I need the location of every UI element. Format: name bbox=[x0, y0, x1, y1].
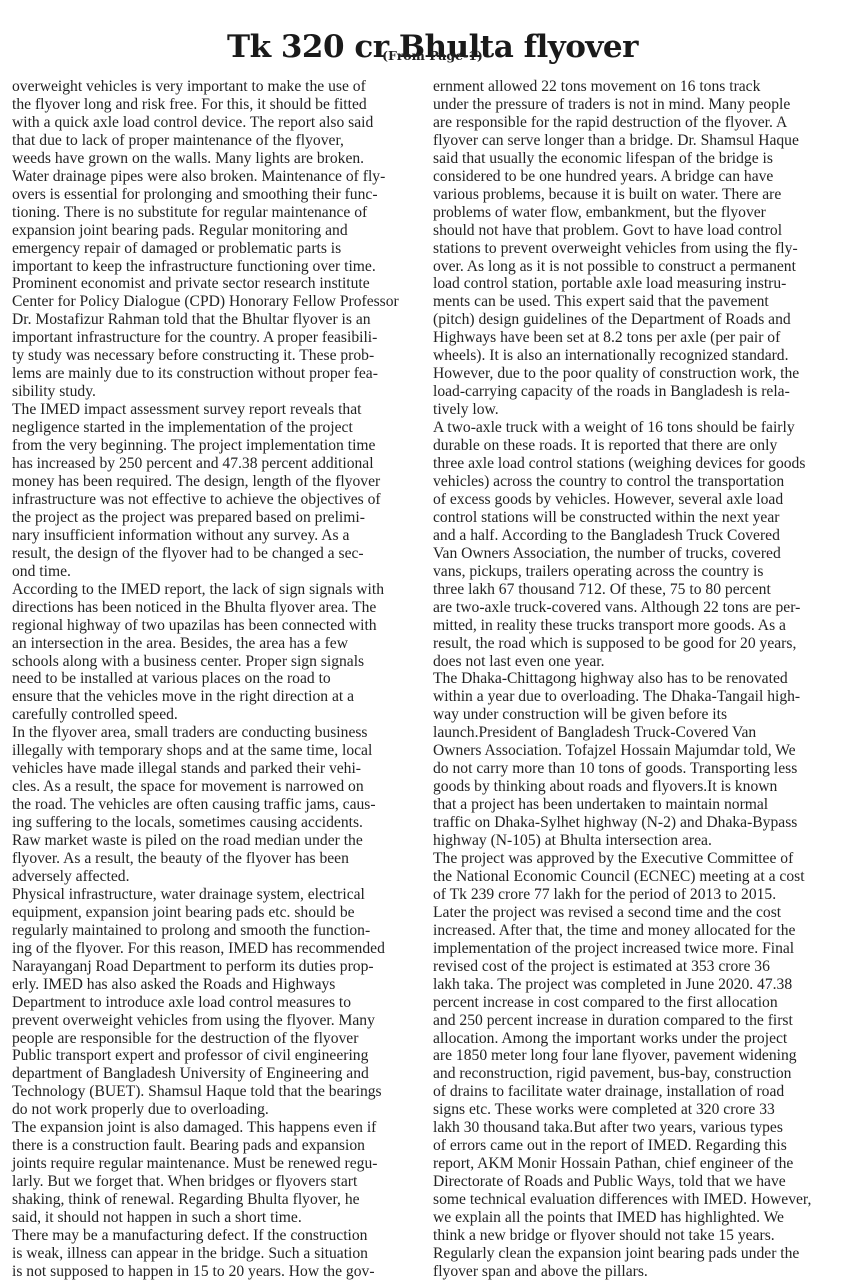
text-line: emergency repair of damaged or problemat… bbox=[12, 240, 422, 258]
text-line: way under construction will be given bef… bbox=[433, 706, 838, 724]
text-line: the National Economic Council (ECNEC) me… bbox=[433, 868, 838, 886]
text-line: In the flyover area, small traders are c… bbox=[12, 724, 422, 742]
text-line: do not work properly due to overloading. bbox=[12, 1101, 422, 1119]
text-line: load-carrying capacity of the roads in B… bbox=[433, 383, 838, 401]
text-line: carefully controlled speed. bbox=[12, 706, 422, 724]
text-line: adversely affected. bbox=[12, 868, 422, 886]
text-line: highway (N-105) at Bhulta intersection a… bbox=[433, 832, 838, 850]
text-line: expansion joint bearing pads. Regular mo… bbox=[12, 222, 422, 240]
text-line: said that usually the economic lifespan … bbox=[433, 150, 838, 168]
text-line: think a new bridge or flyover should not… bbox=[433, 1227, 838, 1245]
text-line: increased. After that, the time and mone… bbox=[433, 922, 838, 940]
text-line: stations to prevent overweight vehicles … bbox=[433, 240, 838, 258]
text-line: Narayanganj Road Department to perform i… bbox=[12, 958, 422, 976]
text-line: infrastructure was not effective to achi… bbox=[12, 491, 422, 509]
text-line: ing suffering to the locals, sometimes c… bbox=[12, 814, 422, 832]
text-line: flyover can serve longer than a bridge. … bbox=[433, 132, 838, 150]
text-line: Owners Association. Tofajzel Hossain Maj… bbox=[433, 742, 838, 760]
text-line: we explain all the points that IMED has … bbox=[433, 1209, 838, 1227]
article-paragraph: overweight vehicles is very important to… bbox=[12, 78, 422, 401]
text-line: and reconstruction, rigid pavement, bus-… bbox=[433, 1065, 838, 1083]
continuation-label: (From Page-1) bbox=[0, 47, 865, 65]
text-line: Physical infrastructure, water drainage … bbox=[12, 886, 422, 904]
text-line: are responsible for the rapid destructio… bbox=[433, 114, 838, 132]
text-line: ing of the flyover. For this reason, IME… bbox=[12, 940, 422, 958]
text-line: that a project has been undertaken to ma… bbox=[433, 796, 838, 814]
article-paragraph: The expansion joint is also damaged. Thi… bbox=[12, 1119, 422, 1227]
text-line: There may be a manufacturing defect. If … bbox=[12, 1227, 422, 1245]
text-line: Raw market waste is piled on the road me… bbox=[12, 832, 422, 850]
text-line: of excess goods by vehicles. However, se… bbox=[433, 491, 838, 509]
text-line: within a year due to overloading. The Dh… bbox=[433, 688, 838, 706]
text-line: (pitch) design guidelines of the Departm… bbox=[433, 311, 838, 329]
text-line: allocation. Among the important works un… bbox=[433, 1030, 838, 1048]
text-line: A two-axle truck with a weight of 16 ton… bbox=[433, 419, 838, 437]
text-line: three lakh 67 thousand 712. Of these, 75… bbox=[433, 581, 838, 599]
text-line: implementation of the project increased … bbox=[433, 940, 838, 958]
text-line: Dr. Mostafizur Rahman told that the Bhul… bbox=[12, 311, 422, 329]
text-line: traffic on Dhaka-Sylhet highway (N-2) an… bbox=[433, 814, 838, 832]
text-line: load control station, portable axle load… bbox=[433, 275, 838, 293]
text-line: Center for Policy Dialogue (CPD) Honorar… bbox=[12, 293, 422, 311]
text-line: money has been required. The design, len… bbox=[12, 473, 422, 491]
article-paragraph: The project was approved by the Executiv… bbox=[433, 850, 838, 1281]
text-line: goods by thinking about roads and flyove… bbox=[433, 778, 838, 796]
text-line: and 250 percent increase in duration com… bbox=[433, 1012, 838, 1030]
text-line: According to the IMED report, the lack o… bbox=[12, 581, 422, 599]
text-line: result, the road which is supposed to be… bbox=[433, 635, 838, 653]
text-line: vans, pickups, trailers operating across… bbox=[433, 563, 838, 581]
article-paragraph: The Dhaka-Chittagong highway also has to… bbox=[433, 670, 838, 850]
text-line: important to keep the infrastructure fun… bbox=[12, 258, 422, 276]
text-line: tively low. bbox=[433, 401, 838, 419]
text-line: problems of water flow, embankment, but … bbox=[433, 204, 838, 222]
text-line: launch.President of Bangladesh Truck-Cov… bbox=[433, 724, 838, 742]
text-line: from the very beginning. The project imp… bbox=[12, 437, 422, 455]
text-line: prevent overweight vehicles from using t… bbox=[12, 1012, 422, 1030]
text-line: equipment, expansion joint bearing pads … bbox=[12, 904, 422, 922]
text-line: ments can be used. This expert said that… bbox=[433, 293, 838, 311]
text-line: revised cost of the project is estimated… bbox=[433, 958, 838, 976]
text-line: vehicles have made illegal stands and pa… bbox=[12, 760, 422, 778]
text-line: people are responsible for the destructi… bbox=[12, 1030, 422, 1048]
text-line: important infrastructure for the country… bbox=[12, 329, 422, 347]
text-line: Prominent economist and private sector r… bbox=[12, 275, 422, 293]
text-line: various problems, because it is built on… bbox=[433, 186, 838, 204]
text-line: lakh taka. The project was completed in … bbox=[433, 976, 838, 994]
text-line: However, due to the poor quality of cons… bbox=[433, 365, 838, 383]
text-line: are two-axle truck-covered vans. Althoug… bbox=[433, 599, 838, 617]
text-line: need to be installed at various places o… bbox=[12, 670, 422, 688]
text-line: Regularly clean the expansion joint bear… bbox=[433, 1245, 838, 1263]
text-line: cles. As a result, the space for movemen… bbox=[12, 778, 422, 796]
text-line: department of Bangladesh University of E… bbox=[12, 1065, 422, 1083]
text-line: ernment allowed 22 tons movement on 16 t… bbox=[433, 78, 838, 96]
article-column-left: overweight vehicles is very important to… bbox=[12, 78, 422, 1281]
text-line: tioning. There is no substitute for regu… bbox=[12, 204, 422, 222]
text-line: flyover. As a result, the beauty of the … bbox=[12, 850, 422, 868]
text-line: The expansion joint is also damaged. Thi… bbox=[12, 1119, 422, 1137]
text-line: lakh 30 thousand taka.But after two year… bbox=[433, 1119, 838, 1137]
article-paragraph: The IMED impact assessment survey report… bbox=[12, 401, 422, 581]
text-line: vehicles) across the country to control … bbox=[433, 473, 838, 491]
text-line: Highways have been set at 8.2 tons per a… bbox=[433, 329, 838, 347]
text-line: regional highway of two upazilas has bee… bbox=[12, 617, 422, 635]
text-line: and a half. According to the Bangladesh … bbox=[433, 527, 838, 545]
text-line: some technical evaluation differences wi… bbox=[433, 1191, 838, 1209]
text-line: that due to lack of proper maintenance o… bbox=[12, 132, 422, 150]
newspaper-page: Tk 320 cr Bhulta flyover (From Page-1) o… bbox=[0, 0, 865, 1283]
text-line: The project was approved by the Executiv… bbox=[433, 850, 838, 868]
text-line: Van Owners Association, the number of tr… bbox=[433, 545, 838, 563]
text-line: The IMED impact assessment survey report… bbox=[12, 401, 422, 419]
text-line: an intersection in the area. Besides, th… bbox=[12, 635, 422, 653]
text-line: has increased by 250 percent and 47.38 p… bbox=[12, 455, 422, 473]
text-line: of Tk 239 crore 77 lakh for the period o… bbox=[433, 886, 838, 904]
text-line: with a quick axle load control device. T… bbox=[12, 114, 422, 132]
text-line: of errors came out in the report of IMED… bbox=[433, 1137, 838, 1155]
text-line: lems are mainly due to its construction … bbox=[12, 365, 422, 383]
text-line: illegally with temporary shops and at th… bbox=[12, 742, 422, 760]
article-paragraph: Physical infrastructure, water drainage … bbox=[12, 886, 422, 1119]
text-line: under the pressure of traders is not in … bbox=[433, 96, 838, 114]
text-line: flyover span and above the pillars. bbox=[433, 1263, 838, 1281]
text-line: is weak, illness can appear in the bridg… bbox=[12, 1245, 422, 1263]
text-line: over. As long as it is not possible to c… bbox=[433, 258, 838, 276]
text-line: percent increase in cost compared to the… bbox=[433, 994, 838, 1012]
text-line: sibility study. bbox=[12, 383, 422, 401]
text-line: is not supposed to happen in 15 to 20 ye… bbox=[12, 1263, 422, 1281]
text-line: should not have that problem. Govt to ha… bbox=[433, 222, 838, 240]
text-line: wheels). It is also an internationally r… bbox=[433, 347, 838, 365]
article-paragraph: There may be a manufacturing defect. If … bbox=[12, 1227, 422, 1281]
text-line: Water drainage pipes were also broken. M… bbox=[12, 168, 422, 186]
text-line: durable on these roads. It is reported t… bbox=[433, 437, 838, 455]
text-line: ty study was necessary before constructi… bbox=[12, 347, 422, 365]
text-line: are 1850 meter long four lane flyover, p… bbox=[433, 1047, 838, 1065]
text-line: schools along with a business center. Pr… bbox=[12, 653, 422, 671]
text-line: directions has been noticed in the Bhult… bbox=[12, 599, 422, 617]
text-line: nary insufficient information without an… bbox=[12, 527, 422, 545]
text-line: do not carry more than 10 tons of goods.… bbox=[433, 760, 838, 778]
text-line: The Dhaka-Chittagong highway also has to… bbox=[433, 670, 838, 688]
text-line: negligence started in the implementation… bbox=[12, 419, 422, 437]
text-line: mitted, in reality these trucks transpor… bbox=[433, 617, 838, 635]
text-line: Later the project was revised a second t… bbox=[433, 904, 838, 922]
text-line: Department to introduce axle load contro… bbox=[12, 994, 422, 1012]
text-line: Technology (BUET). Shamsul Haque told th… bbox=[12, 1083, 422, 1101]
article-column-right: ernment allowed 22 tons movement on 16 t… bbox=[433, 78, 838, 1281]
article-paragraph: ernment allowed 22 tons movement on 16 t… bbox=[433, 78, 838, 419]
article-paragraph: In the flyover area, small traders are c… bbox=[12, 724, 422, 886]
text-line: shaking, think of renewal. Regarding Bhu… bbox=[12, 1191, 422, 1209]
text-line: larly. But we forget that. When bridges … bbox=[12, 1173, 422, 1191]
article-paragraph: According to the IMED report, the lack o… bbox=[12, 581, 422, 725]
text-line: weeds have grown on the walls. Many ligh… bbox=[12, 150, 422, 168]
text-line: the flyover long and risk free. For this… bbox=[12, 96, 422, 114]
text-line: erly. IMED has also asked the Roads and … bbox=[12, 976, 422, 994]
text-line: ond time. bbox=[12, 563, 422, 581]
text-line: Directorate of Roads and Public Ways, to… bbox=[433, 1173, 838, 1191]
text-line: the road. The vehicles are often causing… bbox=[12, 796, 422, 814]
text-line: considered to be one hundred years. A br… bbox=[433, 168, 838, 186]
text-line: regularly maintained to prolong and smoo… bbox=[12, 922, 422, 940]
text-line: there is a construction fault. Bearing p… bbox=[12, 1137, 422, 1155]
text-line: Public transport expert and professor of… bbox=[12, 1047, 422, 1065]
text-line: the project as the project was prepared … bbox=[12, 509, 422, 527]
text-line: said, it should not happen in such a sho… bbox=[12, 1209, 422, 1227]
text-line: does not last even one year. bbox=[433, 653, 838, 671]
text-line: joints require regular maintenance. Must… bbox=[12, 1155, 422, 1173]
text-line: overweight vehicles is very important to… bbox=[12, 78, 422, 96]
text-line: result, the design of the flyover had to… bbox=[12, 545, 422, 563]
text-line: of drains to facilitate water drainage, … bbox=[433, 1083, 838, 1101]
text-line: control stations will be constructed wit… bbox=[433, 509, 838, 527]
text-line: three axle load control stations (weighi… bbox=[433, 455, 838, 473]
text-line: ensure that the vehicles move in the rig… bbox=[12, 688, 422, 706]
text-line: signs etc. These works were completed at… bbox=[433, 1101, 838, 1119]
text-line: report, AKM Monir Hossain Pathan, chief … bbox=[433, 1155, 838, 1173]
article-paragraph: A two-axle truck with a weight of 16 ton… bbox=[433, 419, 838, 670]
text-line: overs is essential for prolonging and sm… bbox=[12, 186, 422, 204]
